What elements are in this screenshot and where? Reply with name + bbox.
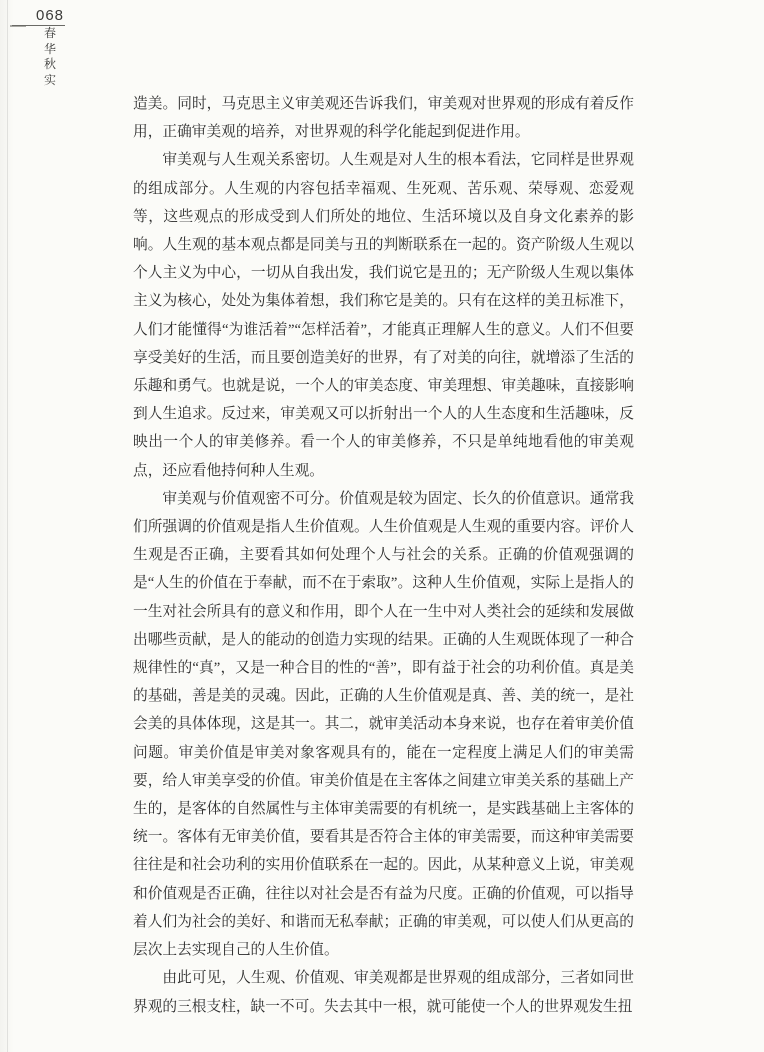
margin-title-vertical: 春 华 秋 实	[43, 27, 57, 86]
page-number: 068	[36, 7, 64, 24]
header-rule	[12, 25, 65, 26]
paragraph-continuation: 造美。同时，马克思主义审美观还告诉我们，审美观对世界观的形成有着反作用，正确审美…	[133, 90, 634, 146]
paragraph: 审美观与价值观密不可分。价值观是较为固定、长久的价值意识。通常我们所强调的价值观…	[133, 485, 634, 964]
scan-edge-line	[7, 0, 8, 1052]
margin-title-char: 实	[43, 74, 57, 87]
body-text: 造美。同时，马克思主义审美观还告诉我们，审美观对世界观的形成有着反作用，正确审美…	[133, 90, 634, 1021]
margin-title-char: 秋	[43, 58, 57, 71]
paragraph: 审美观与人生观关系密切。人生观是对人生的根本看法，它同样是世界观的组成部分。人生…	[133, 146, 634, 484]
paragraph: 由此可见，人生观、价值观、审美观都是世界观的组成部分，三者如同世界观的三根支柱，…	[133, 964, 634, 1020]
margin-title-char: 春	[43, 27, 57, 40]
book-page: 068 春 华 秋 实 造美。同时，马克思主义审美观还告诉我们，审美观对世界观的…	[0, 0, 764, 1052]
margin-title-char: 华	[43, 43, 57, 56]
